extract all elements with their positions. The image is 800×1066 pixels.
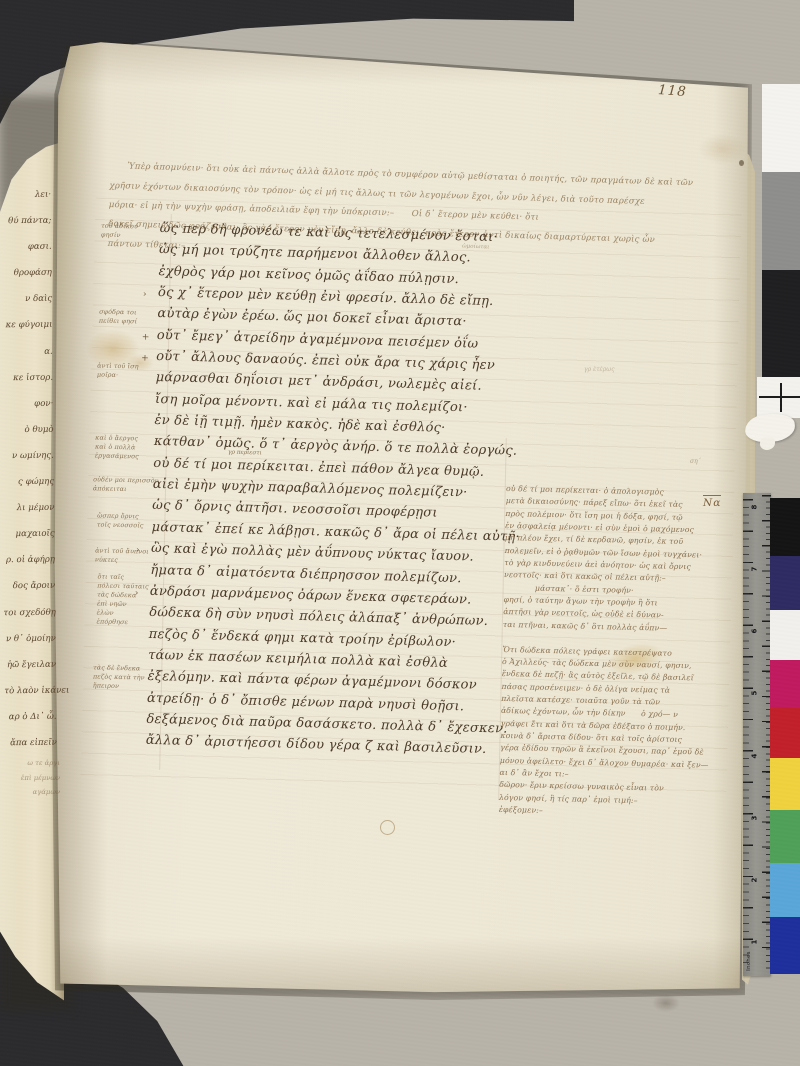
- fragment-line: ἄπα εἰπεῖν: [5, 730, 57, 757]
- fragment-line: τοι σχεδόθῃ: [3, 599, 55, 626]
- ruler-number: 4: [750, 754, 758, 759]
- fragment-line: κε ἱστορ.: [1, 364, 53, 391]
- fragment-line: φον·: [1, 390, 53, 417]
- scholium-line: τοῖς νεοσσοῖς: [97, 520, 144, 530]
- registration-cross-icon: [780, 383, 782, 412]
- color-patch: [770, 758, 800, 810]
- critical-sign: +: [141, 327, 149, 349]
- left-scholium-6: ὥσπερ ὄρνιςτοῖς νεοσσοῖς: [97, 512, 144, 531]
- scholium-line: ἀπόκειται: [93, 484, 159, 494]
- marginal-note: ὡμοίωται: [462, 244, 490, 251]
- torn-paper-fragment: [760, 437, 775, 450]
- folio-number: 118: [657, 82, 687, 100]
- left-scholium-1: τοῦ ἀδίκουφησίν: [101, 222, 138, 241]
- left-scholium-2: σφόδρα τοιπείθει φησί: [99, 308, 138, 327]
- fragment-line: κε φύγοιμι: [0, 312, 52, 339]
- fragment-line: θροφάση: [0, 260, 52, 287]
- critical-sign: ›: [143, 285, 147, 306]
- ruler-number: 1: [750, 940, 758, 945]
- grayscale-patch: [762, 84, 800, 172]
- ruler-number: 6: [750, 629, 758, 634]
- fragment-line: ρ. οἱ ἀφήρῃ: [3, 547, 55, 574]
- left-scholium-9: τὰς δὲ ἕνδεκαπεζὸς κατὰ τὴνἤπειρον: [93, 663, 145, 691]
- scholium-line: μοῖρα·: [97, 370, 139, 380]
- left-scholium-3: ἀντὶ τοῦ ἴσημοῖρα·: [97, 362, 139, 381]
- fragment-line: ὸ θυμὸ: [1, 417, 53, 444]
- critical-sign: +: [141, 349, 149, 371]
- left-scholium-4: καὶ ὁ ἄεργοςκαὶ ὁ πολλὰἐργασάμενος: [95, 434, 140, 462]
- fragment-line: ἠῶ ἔγειλαν: [4, 651, 56, 678]
- scholium-line: ἐπόρθησε: [96, 617, 148, 627]
- fragment-line: ἐπὶ μέμνων: [4, 771, 60, 786]
- color-patch: [770, 660, 800, 708]
- quire-mark: Να: [703, 497, 721, 509]
- left-scholium-5: οὐδέν μοι περισσὸνἀπόκειται: [93, 475, 159, 494]
- color-patch: [770, 498, 800, 556]
- grayscale-patch: [762, 270, 800, 378]
- fragment-line: θύ πάντα;: [0, 208, 52, 235]
- fragment-line: δος ἄροιν: [3, 573, 55, 600]
- fragment-line: α.: [1, 338, 53, 365]
- ruler-number: 7: [750, 567, 758, 572]
- color-patch: [770, 708, 800, 758]
- color-calibration-bar: [770, 498, 800, 974]
- fragment-line: αγάμων: [4, 785, 60, 800]
- ruler-number: 2: [750, 878, 758, 883]
- facing-page-faint-fragments: ω τε ἀργιἐπὶ μέμνωναγάμων: [4, 756, 60, 800]
- grayscale-patch: [762, 172, 800, 270]
- left-scholium-8: ὅτι ταῖςπόλεσι ταύταιςτὰς δώδεκαἐπὶ νηῶν…: [96, 572, 149, 627]
- marginal-note: γρ ἑτέρως: [584, 366, 615, 373]
- interlinear-gloss: γρ περίεστι: [228, 450, 262, 457]
- backdrop-smudge: [652, 994, 680, 1012]
- ruler-number: 5: [750, 691, 758, 696]
- scholium-line: ἤπειρον: [93, 681, 145, 691]
- scholium-line: φησίν: [101, 231, 138, 241]
- color-patch: [770, 610, 800, 660]
- fragment-line: φασι.: [0, 234, 52, 261]
- fragment-line: ν δαὶς: [0, 286, 52, 313]
- ruler-unit-label: Inches: [746, 951, 752, 971]
- color-patch: [770, 810, 800, 863]
- left-scholium-7: ἀντὶ τοῦ ἄυπνοινύκτες: [95, 546, 149, 565]
- ruler-number: 3: [750, 816, 758, 821]
- ruler-minor-ticks: [743, 499, 749, 969]
- manuscript-photo: λει·θύ πάντα;φασι.θροφάσην δαὶςκε φύγοιμ…: [0, 0, 800, 1066]
- fragment-line: ς φώμης: [2, 469, 54, 496]
- fragment-line: ω τε ἀργι: [4, 756, 60, 771]
- scholium-line: ἐργασάμενος: [95, 451, 139, 461]
- color-patch: [770, 556, 800, 610]
- scholium-line: νύκτες: [95, 555, 149, 565]
- fragment-line: μαχαιοῖς: [3, 521, 55, 548]
- fragment-line: λει·: [0, 182, 51, 209]
- fragment-line: τὸ λαὸν ἱκάνει: [4, 677, 56, 704]
- ruler: 87654321 Inches: [743, 493, 771, 976]
- fragment-line: αρ ὁ Δι᾽ ὦ.: [4, 704, 56, 731]
- color-patch: [770, 863, 800, 917]
- ruler-number: 8: [750, 505, 758, 510]
- facing-page-text-fragments: λει·θύ πάντα;φασι.θροφάσην δαὶςκε φύγοιμ…: [0, 182, 57, 757]
- marginal-note: ση´: [690, 458, 701, 465]
- grayscale-calibration-bar: [762, 84, 800, 378]
- fragment-line: ν ωμίνης.: [2, 443, 54, 470]
- color-patch: [770, 917, 800, 974]
- scholium-line: πείθει φησί: [99, 317, 137, 327]
- quire-mark-text: Να: [703, 495, 721, 509]
- fragment-line: ν θ᾽ ὁμοίην: [4, 625, 56, 652]
- fragment-line: λι μέμον: [2, 495, 54, 522]
